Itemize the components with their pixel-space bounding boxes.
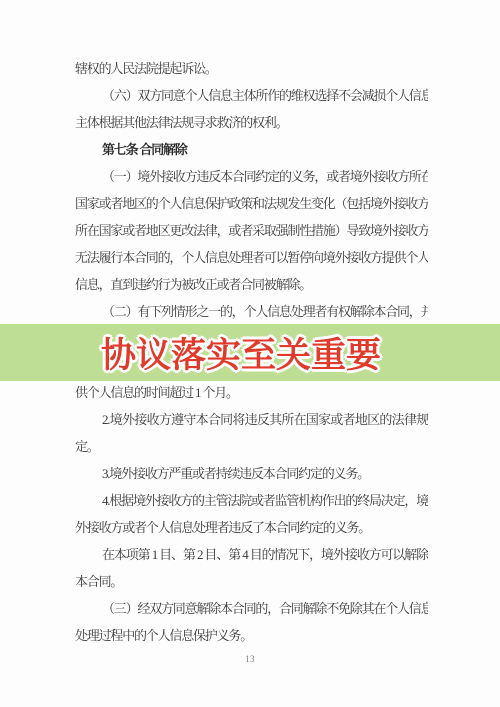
document-line: 处理过程中的个人信息保护义务。	[75, 622, 428, 649]
document-line: 无法履行本合同的，个人信息处理者可以暂停向境外接收方提供个人	[75, 244, 428, 271]
document-line: 4.根据境外接收方的主管法院或者监管机构作出的终局决定，境	[75, 487, 428, 514]
document-line: 辖权的人民法院提起诉讼。	[75, 55, 428, 82]
document-line: 信息，直到违约行为被改正或者合同被解除。	[75, 271, 428, 298]
document-line: 主体根据其他法律法规寻求救济的权利。	[75, 109, 428, 136]
document-line: 2.境外接收方遵守本合同将违反其所在国家或者地区的法律规	[75, 406, 428, 433]
document-line: 供个人信息的时间超过 1 个月。	[75, 379, 428, 406]
document-line: （一）境外接收方违反本合同约定的义务，或者境外接收方所在	[75, 163, 428, 190]
document-line: （二）有下列情形之一的，个人信息处理者有权解除本合同，并	[75, 298, 428, 325]
document-line: 在本项第 1 目、第 2 目、第 4 目的情况下，境外接收方可以解除	[75, 541, 428, 568]
document-line: 所在国家或者地区更改法律，或者采取强制性措施）导致境外接收方	[75, 217, 428, 244]
document-line: 本合同。	[75, 568, 428, 595]
document-line: 定。	[75, 433, 428, 460]
document-line: 3.境外接收方严重或者持续违反本合同约定的义务。	[75, 460, 428, 487]
overlay-banner: 协议落实至关重要	[0, 324, 500, 381]
document-line: 外接收方或者个人信息处理者违反了本合同约定的义务。	[75, 514, 428, 541]
section-heading: 第七条 合同解除	[75, 136, 428, 163]
banner-text: 协议落实至关重要	[101, 328, 381, 378]
page-number: 13	[0, 654, 500, 664]
document-line: （六）双方同意个人信息主体所作的维权选择不会减损个人信息	[75, 82, 428, 109]
document-line: （三）经双方同意解除本合同的，合同解除不免除其在个人信息	[75, 595, 428, 622]
document-page: 辖权的人民法院提起诉讼。 （六）双方同意个人信息主体所作的维权选择不会减损个人信…	[0, 0, 500, 707]
document-line: 国家或者地区的个人信息保护政策和法规发生变化（包括境外接收方	[75, 190, 428, 217]
